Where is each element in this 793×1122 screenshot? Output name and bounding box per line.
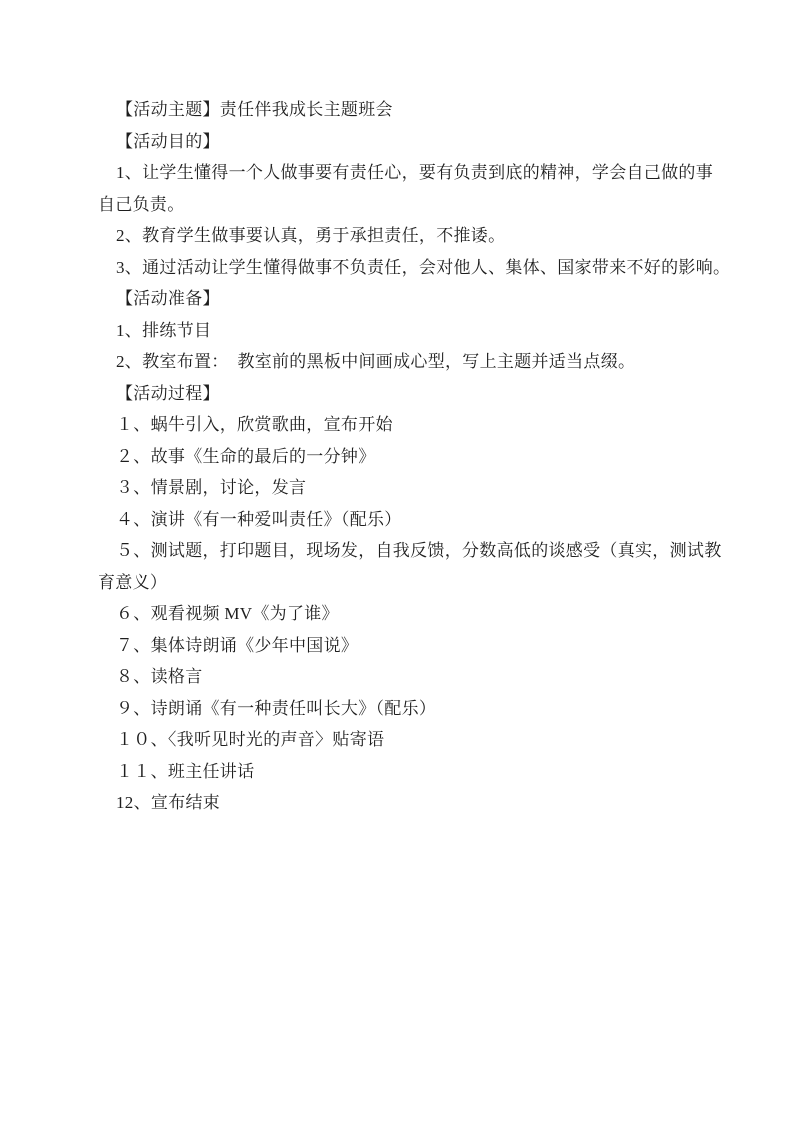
process-item-8: ８、读格言 — [98, 661, 708, 693]
process-item-5: ５、测试题，打印题目，现场发，自我反馈，分数高低的谈感受（真实，测试教 — [98, 535, 708, 567]
preparation-item-2: 2、教室布置： 教室前的黑板中间画成心型，写上主题并适当点缀。 — [98, 346, 708, 378]
process-item-10: １０、〈我听见时光的声音〉贴寄语 — [98, 724, 708, 756]
purpose-item-3: 3、通过活动让学生懂得做事不负责任，会对他人、集体、国家带来不好的影响。 — [98, 252, 708, 284]
process-item-12: 12、宣布结束 — [98, 787, 708, 819]
document-page: 【活动主题】责任伴我成长主题班会 【活动目的】 1、让学生懂得一个人做事要有责任… — [0, 0, 793, 1122]
process-item-3: ３、情景剧，讨论，发言 — [98, 472, 708, 504]
activity-theme-heading: 【活动主题】责任伴我成长主题班会 — [98, 94, 708, 126]
process-item-4: ４、演讲《有一种爱叫责任》（配乐） — [98, 504, 708, 536]
process-item-1: １、蜗牛引入，欣赏歌曲，宣布开始 — [98, 409, 708, 441]
activity-process-heading: 【活动过程】 — [98, 378, 708, 410]
activity-preparation-heading: 【活动准备】 — [98, 283, 708, 315]
purpose-item-1: 1、让学生懂得一个人做事要有责任心，要有负责到底的精神，学会自己做的事 — [98, 157, 708, 189]
process-item-7: ７、集体诗朗诵《少年中国说》 — [98, 630, 708, 662]
process-item-5-continued: 育意义） — [98, 567, 708, 599]
process-item-11: １１、班主任讲话 — [98, 756, 708, 788]
document-body: 【活动主题】责任伴我成长主题班会 【活动目的】 1、让学生懂得一个人做事要有责任… — [98, 94, 708, 819]
process-item-6: ６、观看视频 MV《为了谁》 — [98, 598, 708, 630]
purpose-item-1-continued: 自己负责。 — [98, 189, 708, 221]
purpose-item-2: 2、教育学生做事要认真，勇于承担责任，不推诿。 — [98, 220, 708, 252]
activity-purpose-heading: 【活动目的】 — [98, 126, 708, 158]
preparation-item-1: 1、排练节目 — [98, 315, 708, 347]
process-item-2: ２、故事《生命的最后的一分钟》 — [98, 441, 708, 473]
process-item-9: ９、诗朗诵《有一种责任叫长大》（配乐） — [98, 693, 708, 725]
